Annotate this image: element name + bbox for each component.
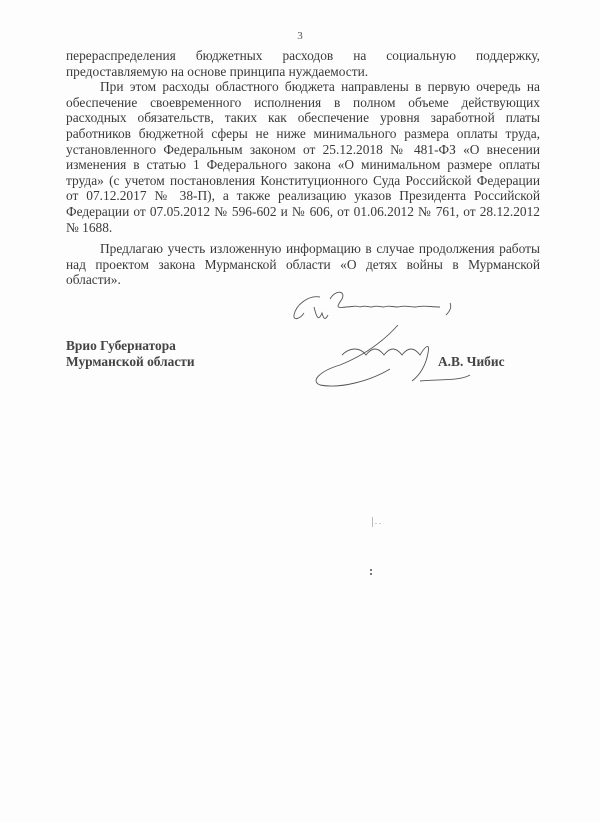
scan-artifact-icon (370, 515, 390, 575)
paragraph-proposal: Предлагаю учесть изложенную информацию в… (66, 241, 540, 288)
signatory-name: А.В. Чибис (438, 354, 505, 370)
position-line-1: Врио Губернатора (66, 338, 540, 354)
paragraph-budget-expenses: При этом расходы областного бюджета напр… (66, 79, 540, 235)
page-number: 3 (0, 30, 600, 42)
letter-body: перераспределения бюджетных расходов на … (66, 48, 540, 288)
paragraph-continuation: перераспределения бюджетных расходов на … (66, 48, 540, 79)
scan-marks (370, 515, 390, 580)
